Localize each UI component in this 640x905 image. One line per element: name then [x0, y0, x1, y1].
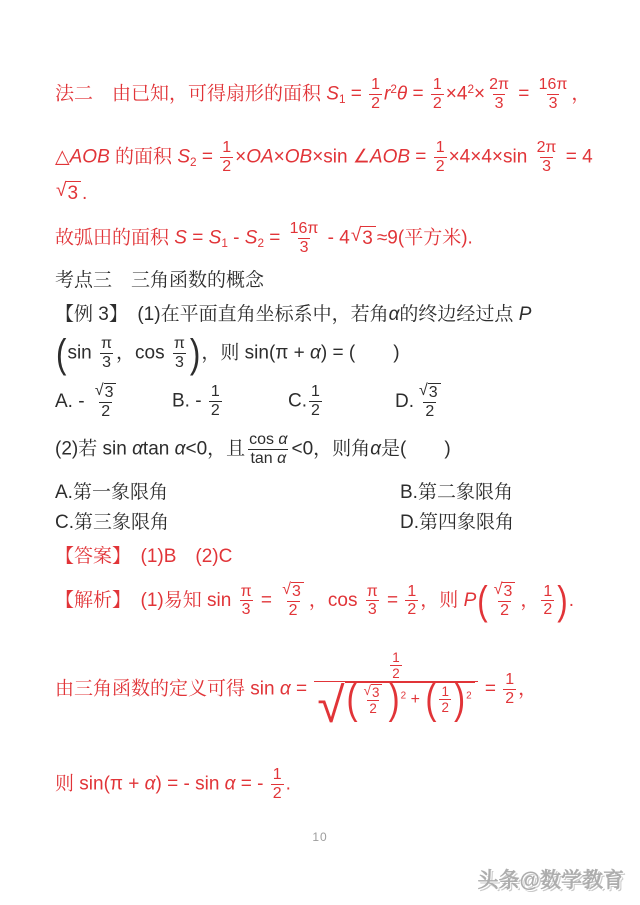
answer-line: 【答案】 (1)B (2)C: [55, 545, 232, 570]
fraction: 12: [503, 671, 516, 708]
superscript: 2: [467, 83, 474, 96]
fraction: √32: [361, 684, 386, 716]
numerator: 16π: [288, 220, 321, 238]
radicand: 3: [291, 582, 304, 601]
method2-line1: 法二 由已知，可得扇形的面积 S1 = 12r2θ = 12×42×2π3 = …: [55, 76, 590, 113]
example3-point: (sin π3，cos π3)，则 sin(π + α) = ( ): [55, 335, 400, 372]
square-root: √(√32)2 + (12)2: [317, 682, 474, 729]
math-var: S: [177, 146, 190, 167]
math-var: S: [174, 227, 187, 248]
fraction: 12: [309, 383, 322, 420]
math-var: α: [132, 438, 143, 459]
radicand: 3: [66, 181, 81, 207]
numerator: π: [239, 583, 254, 601]
choice-1d: D.√32: [395, 383, 446, 421]
denominator: 2: [405, 600, 418, 619]
choice-1a: A. - √32: [55, 383, 172, 421]
numerator: π: [172, 335, 187, 353]
method2-conclusion: 故弧田的面积 S = S1 - S2 = 16π3 - 4√3≈9(平方米).: [55, 220, 473, 257]
method2-line3: √3.: [55, 181, 87, 207]
fraction: √32: [279, 582, 307, 620]
denominator: 2: [434, 157, 447, 176]
radical-icon: √: [364, 684, 371, 698]
square-root: √3: [419, 383, 441, 402]
choice-1c: C.12: [288, 383, 395, 421]
square-root: √3: [282, 582, 304, 601]
part1-choices-row: A. - √32 B. - 12 C.12 D.√32: [55, 383, 600, 421]
numerator: 1: [369, 76, 382, 94]
fraction: 12: [220, 139, 233, 176]
radicand: 3: [104, 383, 117, 402]
numerator: 1: [390, 650, 401, 665]
math-var: P: [519, 304, 532, 325]
numerator: 16π: [537, 76, 570, 94]
fraction: √32: [416, 383, 444, 421]
numerator: 2π: [535, 139, 559, 157]
denominator: 2: [423, 402, 436, 421]
denominator: 3: [547, 94, 560, 113]
math-var: OA: [246, 146, 273, 167]
denominator: tan α: [248, 449, 288, 468]
fraction: cos αtan α: [247, 431, 289, 468]
square-root: √3: [494, 582, 516, 601]
numerator: √3: [279, 582, 307, 601]
math-var: S: [326, 83, 339, 104]
choice-2d: D.第四象限角: [400, 511, 514, 536]
fraction: √32: [92, 383, 120, 421]
numerator: 1: [541, 583, 554, 601]
radical-icon: √: [282, 582, 291, 598]
analysis-line1: 【解析】 (1)易知 sin π3 = √32，cos π3 = 12，则 P(…: [55, 582, 574, 620]
fraction: 12√(√32)2 + (12)2: [314, 650, 477, 729]
numerator: √3: [92, 383, 120, 402]
square-root: √3: [351, 226, 376, 252]
choice-2c: C.第三象限角: [55, 511, 400, 536]
denominator: 3: [493, 94, 506, 113]
numerator: cos α: [247, 431, 289, 449]
numerator: 2π: [487, 76, 511, 94]
part2-choices-row1: A.第一象限角 B.第二象限角: [55, 481, 600, 506]
fraction: 12: [209, 383, 222, 420]
fraction: 12: [369, 76, 382, 113]
numerator: 1: [220, 139, 233, 157]
subscript: 1: [339, 93, 346, 106]
choice-2a: A.第一象限角: [55, 481, 400, 506]
big-paren: (: [425, 678, 436, 721]
fraction: 16π3: [537, 76, 570, 113]
topic-heading: 考点三 三角函数的概念: [55, 269, 264, 294]
denominator: 3: [298, 238, 311, 257]
fraction: 2π3: [535, 139, 559, 176]
math-var: AOB: [370, 146, 410, 167]
fraction: 12: [271, 766, 284, 803]
denominator: 2: [503, 689, 516, 708]
denominator: 2: [209, 401, 222, 420]
denominator: 3: [240, 600, 253, 619]
fraction: 16π3: [288, 220, 321, 257]
math-var: α: [175, 438, 186, 459]
superscript: 2: [401, 691, 407, 702]
math-var: α: [370, 438, 381, 459]
fraction: 12: [541, 583, 554, 620]
choice-2b: B.第二象限角: [400, 481, 513, 506]
big-paren: ): [557, 581, 567, 621]
numerator: √3: [416, 383, 444, 402]
analysis-line3: 则 sin(π + α) = - sin α = - 12.: [55, 766, 291, 803]
denominator: 2: [287, 601, 300, 620]
denominator: 2: [498, 601, 511, 620]
big-paren: ): [388, 678, 399, 721]
numerator: 1: [271, 766, 284, 784]
math-var: θ: [397, 83, 407, 104]
radicand: (√32)2 + (12)2: [345, 682, 475, 717]
denominator: 2: [367, 700, 378, 716]
math-var: α: [277, 450, 286, 467]
radicand: 3: [502, 582, 515, 601]
fraction: 12: [439, 684, 450, 715]
denominator: 2: [431, 94, 444, 113]
math-var: α: [280, 679, 291, 700]
big-paren: (: [477, 581, 487, 621]
numerator: π: [99, 335, 114, 353]
numerator: 1: [503, 671, 516, 689]
radical-icon: √: [317, 682, 344, 729]
fraction: π3: [239, 583, 254, 620]
radical-icon: √: [95, 383, 104, 399]
fraction: 12: [405, 583, 418, 620]
numerator: 1: [309, 383, 322, 401]
radicand: 3: [428, 383, 441, 402]
big-paren: (: [56, 333, 66, 373]
math-var: P: [464, 590, 477, 611]
part2-choices-row2: C.第三象限角 D.第四象限角: [55, 511, 600, 536]
denominator: 2: [439, 699, 450, 715]
denominator: 3: [366, 600, 379, 619]
denominator: 3: [173, 353, 186, 372]
denominator: √(√32)2 + (12)2: [314, 681, 477, 729]
fraction: √32: [491, 582, 519, 620]
radical-icon: √: [419, 383, 428, 399]
math-var: OB: [285, 146, 312, 167]
fraction: 12: [434, 139, 447, 176]
radical-icon: √: [56, 181, 66, 200]
radical-icon: √: [351, 226, 361, 245]
numerator: 1: [405, 583, 418, 601]
math-var: α: [278, 431, 287, 448]
radicand: 3: [361, 226, 376, 252]
denominator: 2: [99, 402, 112, 421]
analysis-line2: 由三角函数的定义可得 sin α = 12√(√32)2 + (12)2 = 1…: [55, 650, 537, 729]
page-number: 10: [0, 830, 640, 844]
math-var: α: [145, 773, 156, 794]
denominator: 3: [540, 157, 553, 176]
math-var: S: [209, 227, 222, 248]
numerator: 1: [209, 383, 222, 401]
denominator: 2: [220, 157, 233, 176]
superscript: 2: [466, 691, 472, 702]
big-paren: ): [454, 678, 465, 721]
numerator: 1: [439, 684, 450, 699]
subscript: 1: [221, 237, 228, 250]
method2-line2: △AOB 的面积 S2 = 12×OA×OB×sin ∠AOB = 12×4×4…: [55, 139, 593, 176]
watermark: 头条@数学教育: [478, 864, 624, 894]
radical-icon: √: [494, 582, 503, 598]
math-var: AOB: [70, 146, 110, 167]
math-var: α: [389, 304, 400, 325]
math-var: α: [310, 342, 321, 363]
denominator: 2: [541, 600, 554, 619]
math-var: α: [225, 773, 236, 794]
big-paren: ): [190, 333, 200, 373]
part2-question: (2)若 sin αtan α<0，且cos αtan α<0，则角α是( ): [55, 431, 451, 468]
choice-1b: B. - 12: [172, 383, 288, 421]
square-root: √3: [364, 684, 383, 700]
subscript: 2: [190, 156, 197, 169]
fraction: 2π3: [487, 76, 511, 113]
big-paren: (: [347, 678, 358, 721]
square-root: √3: [95, 383, 117, 402]
radicand: 3: [371, 684, 382, 700]
denominator: 2: [271, 784, 284, 803]
numerator: √3: [361, 684, 386, 700]
subscript: 2: [257, 237, 264, 250]
numerator: π: [365, 583, 380, 601]
numerator: 1: [434, 139, 447, 157]
fraction: π3: [172, 335, 187, 372]
example3-intro: 【例 3】 (1)在平面直角坐标系中，若角α的终边经过点 P: [55, 303, 531, 328]
fraction: π3: [365, 583, 380, 620]
fraction: π3: [99, 335, 114, 372]
denominator: 3: [100, 353, 113, 372]
numerator: 1: [431, 76, 444, 94]
fraction: 12: [431, 76, 444, 113]
denominator: 2: [369, 94, 382, 113]
math-var: S: [245, 227, 258, 248]
numerator: √3: [491, 582, 519, 601]
square-root: √3: [56, 181, 81, 207]
denominator: 2: [309, 401, 322, 420]
